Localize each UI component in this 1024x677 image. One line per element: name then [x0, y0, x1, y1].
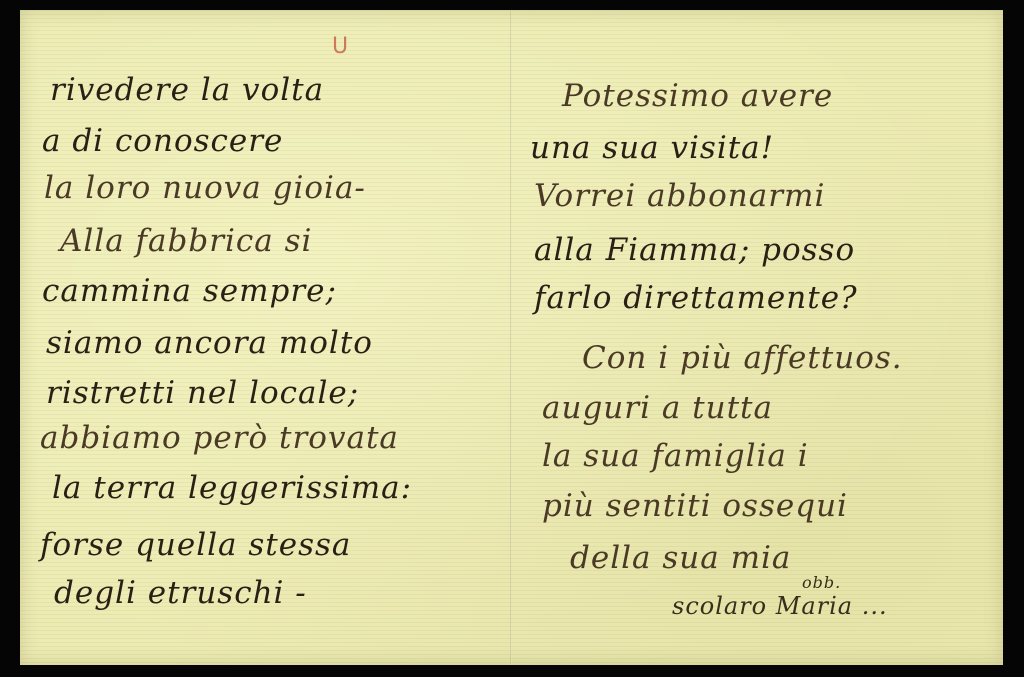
letter-line: alla Fiamma; posso [534, 232, 855, 268]
left-page: U rivedere la volta a di conoscere la lo… [20, 10, 510, 665]
letter-line: abbiamo però trovata [40, 420, 399, 456]
letter-line: più sentiti ossequi [542, 488, 848, 524]
letter-line: siamo ancora molto [46, 325, 373, 361]
letter-line: Potessimo avere [562, 78, 833, 114]
letter-line: a di conoscere [42, 123, 283, 159]
letter-line: della sua mia [570, 540, 791, 576]
letter-line: Vorrei abbonarmi [534, 178, 825, 214]
letter-line: Alla fabbrica si [60, 223, 312, 259]
letter-line: la sua famiglia i [542, 438, 809, 474]
letter-line: auguri a tutta [542, 390, 773, 426]
letter-line: la terra leggerissima: [52, 470, 412, 506]
letter-line: Con i più affettuos. [582, 340, 903, 376]
signature: scolaro Maria ... [672, 592, 888, 620]
letter-line: cammina sempre; [42, 273, 337, 309]
signature-abbrev: obb. [802, 573, 841, 592]
archive-mark: U [332, 34, 346, 59]
letter-line: farlo direttamente? [534, 280, 858, 316]
letter-line: forse quella stessa [40, 527, 351, 563]
right-page: Potessimo avere una sua visita! Vorrei a… [512, 10, 1003, 665]
letter-line: la loro nuova gioia- [44, 170, 366, 206]
letter-line: ristretti nel locale; [46, 375, 359, 411]
letter-sheet: U rivedere la volta a di conoscere la lo… [20, 10, 1003, 665]
letter-line: una sua visita! [530, 130, 774, 166]
letter-line: degli etruschi - [54, 575, 307, 611]
letter-line: rivedere la volta [50, 72, 324, 108]
